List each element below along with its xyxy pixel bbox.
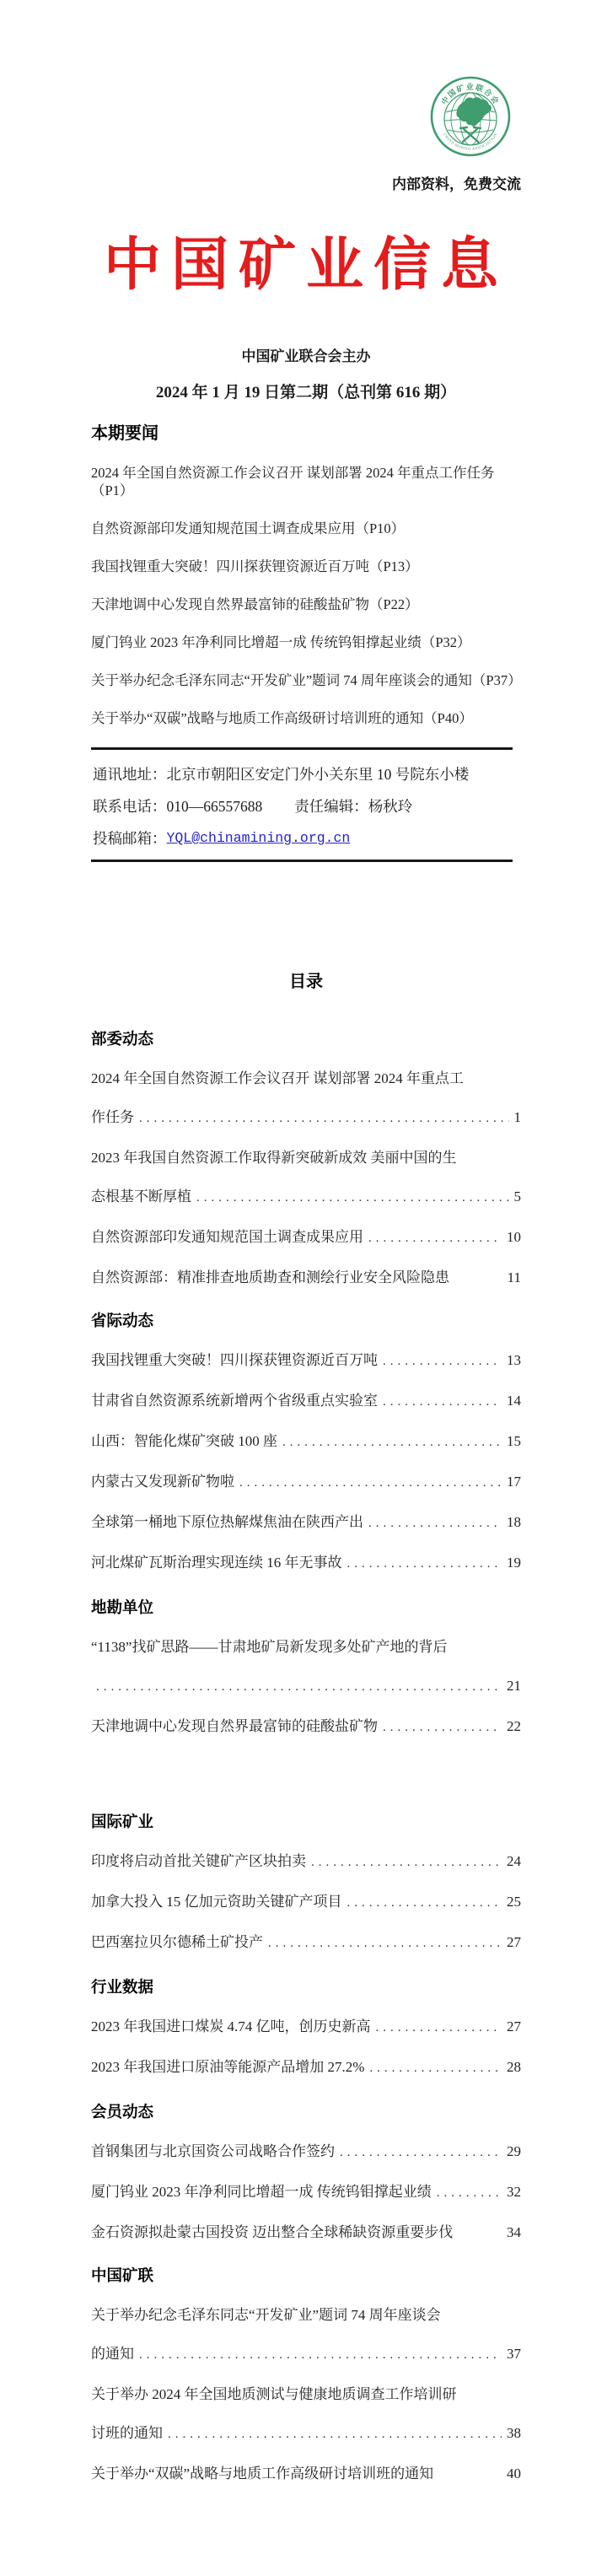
toc-entry-text: “1138”找矿思路——甘肃地矿局新发现多处矿产地的背后 xyxy=(91,1638,447,1656)
toc-entry-line: 印度将启动首批关键矿产区块拍卖.........................… xyxy=(91,1852,521,1872)
toc-section-heading: 行业数据 xyxy=(91,1978,521,1997)
dot-leader: ........................................… xyxy=(168,2426,502,2444)
toc-title: 目录 xyxy=(91,972,521,992)
toc-entry-text: 巴西塞拉贝尔德稀土矿投产 xyxy=(91,1933,263,1951)
china-mining-association-logo-icon: 中国矿业联合会 CHINA MINING ASSOCIATION xyxy=(427,74,514,159)
toc-page-number: 38 xyxy=(507,2424,521,2442)
dot-leader: ........................................… xyxy=(383,1719,502,1737)
highlights-heading: 本期要闻 xyxy=(91,423,521,444)
toc-page-number: 14 xyxy=(507,1392,521,1409)
toc-entry-text: 讨班的通知 xyxy=(91,2424,163,2442)
toc-entry-text: 河北煤矿瓦斯治理实现连续 16 年无事故 xyxy=(91,1554,342,1571)
dot-leader: ........................................… xyxy=(340,2144,502,2162)
toc-entry-text: 我国找锂重大突破！四川探获锂资源近百万吨 xyxy=(91,1351,378,1369)
dot-leader: ........................................… xyxy=(383,1353,502,1371)
toc-entry-line: 关于举办“双碳”战略与地质工作高级研讨培训班的通知40 xyxy=(91,2465,521,2482)
toc-section-heading: 国际矿业 xyxy=(91,1813,521,1831)
toc-entry-line: 关于举办 2024 年全国地质测试与健康地质调查工作培训研 xyxy=(91,2385,521,2403)
issue-date-line: 2024 年 1 月 19 日第二期（总刊第 616 期） xyxy=(91,383,521,403)
toc-section: 行业数据2023 年我国进口煤炭 4.74 亿吨，创历史新高..........… xyxy=(91,1978,521,2078)
toc-entry-line: 2023 年我国进口原油等能源产品增加 27.2%...............… xyxy=(91,2058,521,2078)
toc-page-number: 21 xyxy=(507,1677,521,1695)
toc-entry-line: 关于举办纪念毛泽东同志“开发矿业”题词 74 周年座谈会 xyxy=(91,2306,521,2324)
toc-entry-line: 自然资源部印发通知规范国土调查成果应用.....................… xyxy=(91,1228,521,1248)
toc-page-number: 24 xyxy=(507,1852,521,1870)
toc-entry-text: 全球第一桶地下原位热解煤焦油在陕西产出 xyxy=(91,1513,363,1531)
toc-sections: 部委动态2024 年全国自然资源工作会议召开 谋划部署 2024 年重点工作任务… xyxy=(91,1030,521,2482)
newsletter-title: 中国矿业信息 xyxy=(91,233,521,297)
toc-section: 省际动态我国找锂重大突破！四川探获锂资源近百万吨................… xyxy=(91,1312,521,1573)
dot-leader: ........................................… xyxy=(369,2060,502,2078)
toc-section: 地勘单位“1138”找矿思路——甘肃地矿局新发现多处矿产地的背后........… xyxy=(91,1598,521,1737)
toc-page-number: 22 xyxy=(507,1717,521,1735)
toc-page-number: 29 xyxy=(507,2142,521,2160)
toc-entry-line: 厦门钨业 2023 年净利同比增超一成 传统钨钼撑起业绩............… xyxy=(91,2183,521,2202)
toc-entry-line: 自然资源部：精准排查地质勘查和测绘行业安全风险隐患11 xyxy=(91,1269,521,1286)
toc-page-number: 13 xyxy=(507,1351,521,1369)
toc-entry-line: 天津地调中心发现自然界最富铈的硅酸盐矿物....................… xyxy=(91,1717,521,1737)
toc-page-number: 28 xyxy=(507,2058,521,2076)
toc-page-number: 19 xyxy=(507,1554,521,1571)
highlight-item: 关于举办纪念毛泽东同志“开发矿业”题词 74 周年座谈会的通知（P37） xyxy=(91,671,521,689)
toc-entry-line: “1138”找矿思路——甘肃地矿局新发现多处矿产地的背后 xyxy=(91,1638,521,1656)
toc-page-number: 37 xyxy=(507,2345,521,2363)
toc-page-number: 1 xyxy=(514,1108,522,1126)
dot-leader: ........................................… xyxy=(368,1230,502,1248)
toc-entry-text: 山西：智能化煤矿突破 100 座 xyxy=(91,1432,277,1450)
toc-section: 部委动态2024 年全国自然资源工作会议召开 谋划部署 2024 年重点工作任务… xyxy=(91,1030,521,1286)
dot-leader: ........................................… xyxy=(139,1110,509,1128)
crossed-hammers-icon xyxy=(460,127,481,142)
toc-entry-line: 的通知.....................................… xyxy=(91,2345,521,2364)
dot-leader: ........................................… xyxy=(368,1515,502,1533)
toc-entry-text: 天津地调中心发现自然界最富铈的硅酸盐矿物 xyxy=(91,1717,378,1735)
toc-entry-line: 我国找锂重大突破！四川探获锂资源近百万吨....................… xyxy=(91,1351,521,1371)
toc-section-heading: 中国矿联 xyxy=(91,2266,521,2285)
dot-leader: ........................................… xyxy=(96,1679,502,1696)
contact-email-label: 投稿邮箱： xyxy=(93,829,167,848)
contact-box: 通讯地址：北京市朝阳区安定门外小关东里 10 号院东小楼 联系电话：010—66… xyxy=(91,747,513,862)
toc-page-number: 11 xyxy=(508,1269,521,1286)
toc-entry-text: 关于举办“双碳”战略与地质工作高级研讨培训班的通知 xyxy=(91,2465,433,2482)
toc-entry-line: 2024 年全国自然资源工作会议召开 谋划部署 2024 年重点工 xyxy=(91,1070,521,1087)
toc-entry-text: 关于举办 2024 年全国地质测试与健康地质调查工作培训研 xyxy=(91,2385,457,2403)
toc-section-heading: 部委动态 xyxy=(91,1030,521,1048)
highlight-item: 自然资源部印发通知规范国土调查成果应用（P10） xyxy=(91,520,521,537)
dot-leader: ........................................… xyxy=(383,1393,502,1411)
organizer-line: 中国矿业联合会主办 xyxy=(91,348,521,366)
toc-page-number: 34 xyxy=(507,2223,521,2241)
contact-editor: 责任编辑：杨秋玲 xyxy=(294,797,412,816)
toc-entry-line: 河北煤矿瓦斯治理实现连续 16 年无事故....................… xyxy=(91,1554,521,1573)
toc-section-heading: 会员动态 xyxy=(91,2103,521,2121)
toc-page-number: 25 xyxy=(507,1893,521,1910)
toc-entry-text: 印度将启动首批关键矿产区块拍卖 xyxy=(91,1852,306,1870)
toc-page-number: 32 xyxy=(507,2183,521,2201)
toc-entry-text: 的通知 xyxy=(91,2345,134,2363)
dot-leader: ........................................… xyxy=(437,2185,502,2202)
toc-entry-text: 厦门钨业 2023 年净利同比增超一成 传统钨钼撑起业绩 xyxy=(91,2183,432,2201)
dot-leader: ........................................… xyxy=(139,2347,502,2364)
toc-page-number: 17 xyxy=(507,1473,521,1490)
contact-email-row: 投稿邮箱： YQL@chinamining.org.cn xyxy=(93,829,509,848)
toc-entry-text: 关于举办纪念毛泽东同志“开发矿业”题词 74 周年座谈会 xyxy=(91,2306,441,2324)
toc-section: 国际矿业印度将启动首批关键矿产区块拍卖.....................… xyxy=(91,1813,521,1953)
toc-page-number: 5 xyxy=(514,1188,522,1205)
newsletter-cover-page: 中国矿业联合会 CHINA MINING ASSOCIATION 内部资料，免费… xyxy=(0,0,607,2576)
toc-section: 会员动态首钢集团与北京国资公司战略合作签约...................… xyxy=(91,2103,521,2241)
toc-entry-text: 2024 年全国自然资源工作会议召开 谋划部署 2024 年重点工 xyxy=(91,1070,464,1087)
email-link[interactable]: YQL@chinamining.org.cn xyxy=(167,829,351,848)
toc-entry-text: 内蒙古又发现新矿物啦 xyxy=(91,1473,234,1490)
dot-leader: ........................................… xyxy=(239,1474,502,1492)
toc-entry-line: 2023 年我国自然资源工作取得新突破新成效 美丽中国的生 xyxy=(91,1149,521,1167)
toc-entry-line: 首钢集团与北京国资公司战略合作签约.......................… xyxy=(91,2142,521,2162)
toc-entry-text: 2023 年我国进口原油等能源产品增加 27.2% xyxy=(91,2058,364,2076)
contact-address: 通讯地址：北京市朝阳区安定门外小关东里 10 号院东小楼 xyxy=(93,765,509,784)
toc-entry-line: 甘肃省自然资源系统新增两个省级重点实验室....................… xyxy=(91,1392,521,1411)
toc-entry-text: 作任务 xyxy=(91,1108,134,1126)
dot-leader: ........................................… xyxy=(282,1434,502,1452)
toc-entry-line: 讨班的通知...................................… xyxy=(91,2424,521,2444)
toc-section: 中国矿联关于举办纪念毛泽东同志“开发矿业”题词 74 周年座谈会的通知.....… xyxy=(91,2266,521,2482)
toc-entry-line: 山西：智能化煤矿突破 100 座........................… xyxy=(91,1432,521,1452)
toc-entry-line: 全球第一桶地下原位热解煤焦油在陕西产出.....................… xyxy=(91,1513,521,1533)
china-map-shape xyxy=(456,97,492,127)
toc-entry-text: 自然资源部印发通知规范国土调查成果应用 xyxy=(91,1228,363,1246)
dot-leader: ........................................… xyxy=(196,1189,509,1207)
toc-entry-text: 2023 年我国进口煤炭 4.74 亿吨，创历史新高 xyxy=(91,2018,371,2035)
highlight-item: 关于举办“双碳”战略与地质工作高级研讨培训班的通知（P40） xyxy=(91,709,521,727)
toc-entry-text: 加拿大投入 15 亿加元资助关键矿产项目 xyxy=(91,1893,342,1910)
toc-section-heading: 地勘单位 xyxy=(91,1598,521,1617)
contact-phone-editor-row: 联系电话：010—66557688 责任编辑：杨秋玲 xyxy=(93,797,509,816)
toc-entry-line: 金石资源拟赴蒙古国投资 迈出整合全球稀缺资源重要步伐34 xyxy=(91,2223,521,2241)
toc-entry-text: 首钢集团与北京国资公司战略合作签约 xyxy=(91,2142,335,2160)
toc-entry-text: 自然资源部：精准排查地质勘查和测绘行业安全风险隐患 xyxy=(91,1269,449,1286)
highlights-list: 2024 年全国自然资源工作会议召开 谋划部署 2024 年重点工作任务（P1）… xyxy=(91,464,521,727)
toc-entry-text: 金石资源拟赴蒙古国投资 迈出整合全球稀缺资源重要步伐 xyxy=(91,2223,453,2241)
contact-phone: 联系电话：010—66557688 xyxy=(93,797,262,816)
dot-leader: ........................................… xyxy=(347,1894,502,1912)
toc-entry-line: 2023 年我国进口煤炭 4.74 亿吨，创历史新高..............… xyxy=(91,2018,521,2037)
toc-entry-line: 巴西塞拉贝尔德稀土矿投产............................… xyxy=(91,1933,521,1953)
dot-leader: ........................................… xyxy=(311,1854,502,1872)
toc-page-number: 18 xyxy=(507,1513,521,1531)
toc-page-number: 40 xyxy=(507,2465,521,2482)
toc-entry-line: 态根基不断厚植.................................… xyxy=(91,1188,521,1207)
highlight-item: 2024 年全国自然资源工作会议召开 谋划部署 2024 年重点工作任务（P1） xyxy=(91,464,521,499)
toc-page-number: 15 xyxy=(507,1432,521,1450)
toc-entry-text: 2023 年我国自然资源工作取得新突破新成效 美丽中国的生 xyxy=(91,1149,457,1167)
toc-entry-line: 加拿大投入 15 亿加元资助关键矿产项目....................… xyxy=(91,1893,521,1912)
dot-leader: ........................................… xyxy=(268,1935,502,1953)
toc-page-number: 27 xyxy=(507,2018,521,2035)
toc-entry-line: 作任务.....................................… xyxy=(91,1108,521,1128)
toc-entry-text: 甘肃省自然资源系统新增两个省级重点实验室 xyxy=(91,1392,378,1409)
toc-section-heading: 省际动态 xyxy=(91,1312,521,1330)
toc-page-number: 10 xyxy=(507,1228,521,1246)
dot-leader: ........................................… xyxy=(347,1555,502,1573)
highlight-item: 我国找锂重大突破！四川探获锂资源近百万吨（P13） xyxy=(91,558,521,575)
toc-page-number: 27 xyxy=(507,1933,521,1951)
dot-leader: ........................................… xyxy=(376,2019,502,2037)
toc-entry-line: 内蒙古又发现新矿物啦..............................… xyxy=(91,1473,521,1492)
highlight-item: 天津地调中心发现自然界最富铈的硅酸盐矿物（P22） xyxy=(91,595,521,613)
highlight-item: 厦门钨业 2023 年净利同比增超一成 传统钨钼撑起业绩（P32） xyxy=(91,633,521,651)
toc-entry-line: ........................................… xyxy=(91,1677,521,1696)
toc-entry-text: 态根基不断厚植 xyxy=(91,1188,191,1205)
